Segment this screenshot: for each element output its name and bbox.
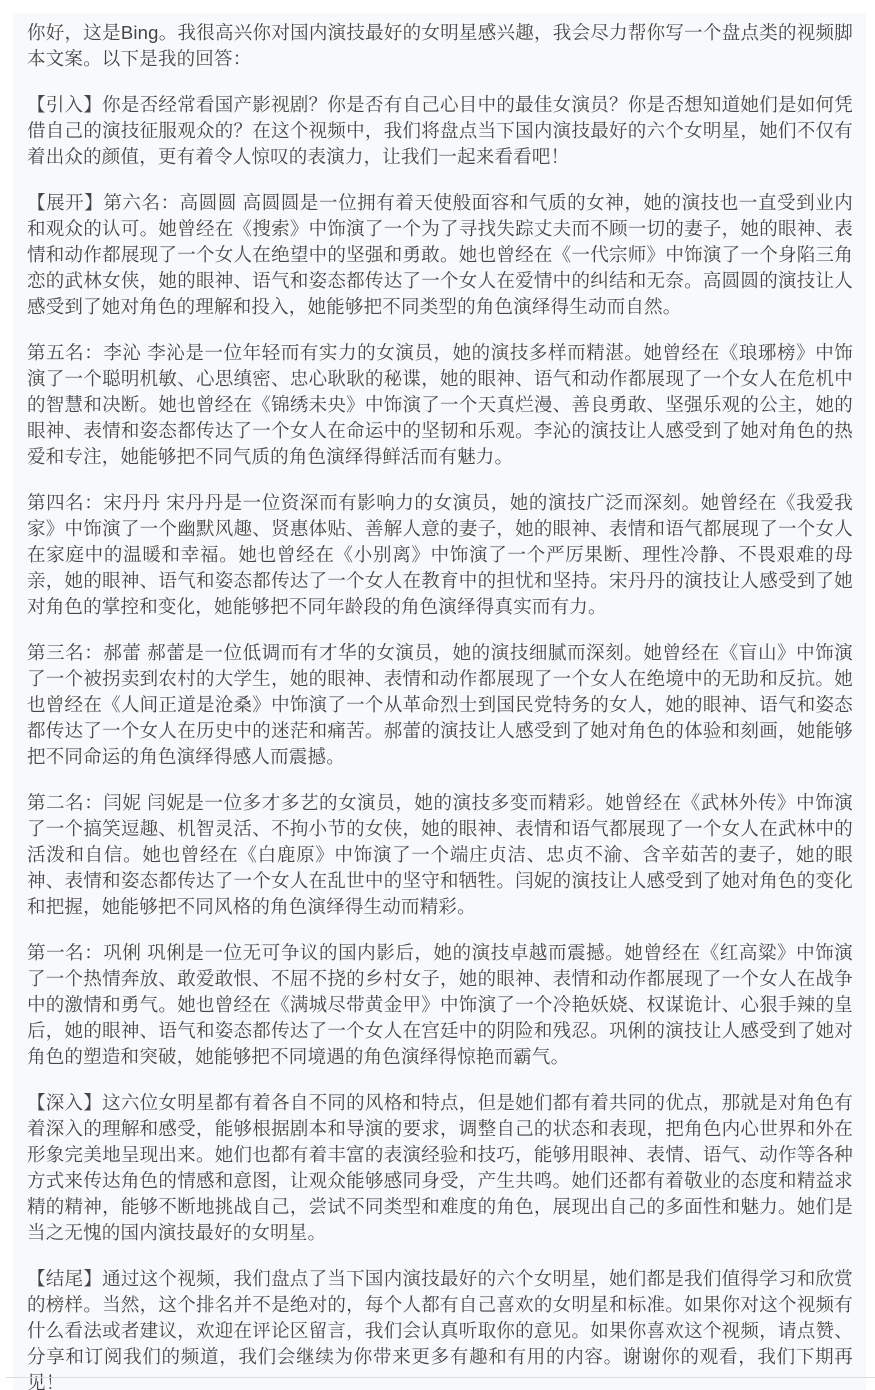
message-paragraph-greeting: 你好，这是Bing。我很高兴你对国内演技最好的女明星感兴趣，我会尽力帮你写一个盘… (27, 20, 853, 72)
message-paragraph-analysis: 【深入】这六位女明星都有着各自不同的风格和特点，但是她们都有着共同的优点，那就是… (27, 1090, 853, 1246)
message-paragraph-rank5: 第五名：李沁 李沁是一位年轻而有实力的女演员，她的演技多样而精湛。她曾经在《琅琊… (27, 340, 853, 470)
message-paragraph-rank2: 第二名：闫妮 闫妮是一位多才多艺的女演员，她的演技多变而精彩。她曾经在《武林外传… (27, 790, 853, 920)
message-paragraph-rank4: 第四名：宋丹丹 宋丹丹是一位资深而有影响力的女演员，她的演技广泛而深刻。她曾经在… (27, 490, 853, 620)
chat-message-panel: 你好，这是Bing。我很高兴你对国内演技最好的女明星感兴趣，我会尽力帮你写一个盘… (13, 13, 866, 1390)
message-paragraph-rank3: 第三名：郝蕾 郝蕾是一位低调而有才华的女演员，她的演技细腻而深刻。她曾经在《盲山… (27, 640, 853, 770)
message-bottom-divider (6, 1377, 875, 1378)
message-paragraph-rank1: 第一名：巩俐 巩俐是一位无可争议的国内影后，她的演技卓越而震撼。她曾经在《红高粱… (27, 940, 853, 1070)
message-paragraph-intro: 【引入】你是否经常看国产影视剧？你是否有自己心目中的最佳女演员？你是否想知道她们… (27, 92, 853, 170)
page: 你好，这是Bing。我很高兴你对国内演技最好的女明星感兴趣，我会尽力帮你写一个盘… (0, 0, 875, 1390)
message-paragraph-rank6: 【展开】第六名：高圆圆 高圆圆是一位拥有着天使般面容和气质的女神，她的演技也一直… (27, 190, 853, 320)
message-paragraph-outro: 【结尾】通过这个视频，我们盘点了当下国内演技最好的六个女明星，她们都是我们值得学… (27, 1266, 853, 1390)
